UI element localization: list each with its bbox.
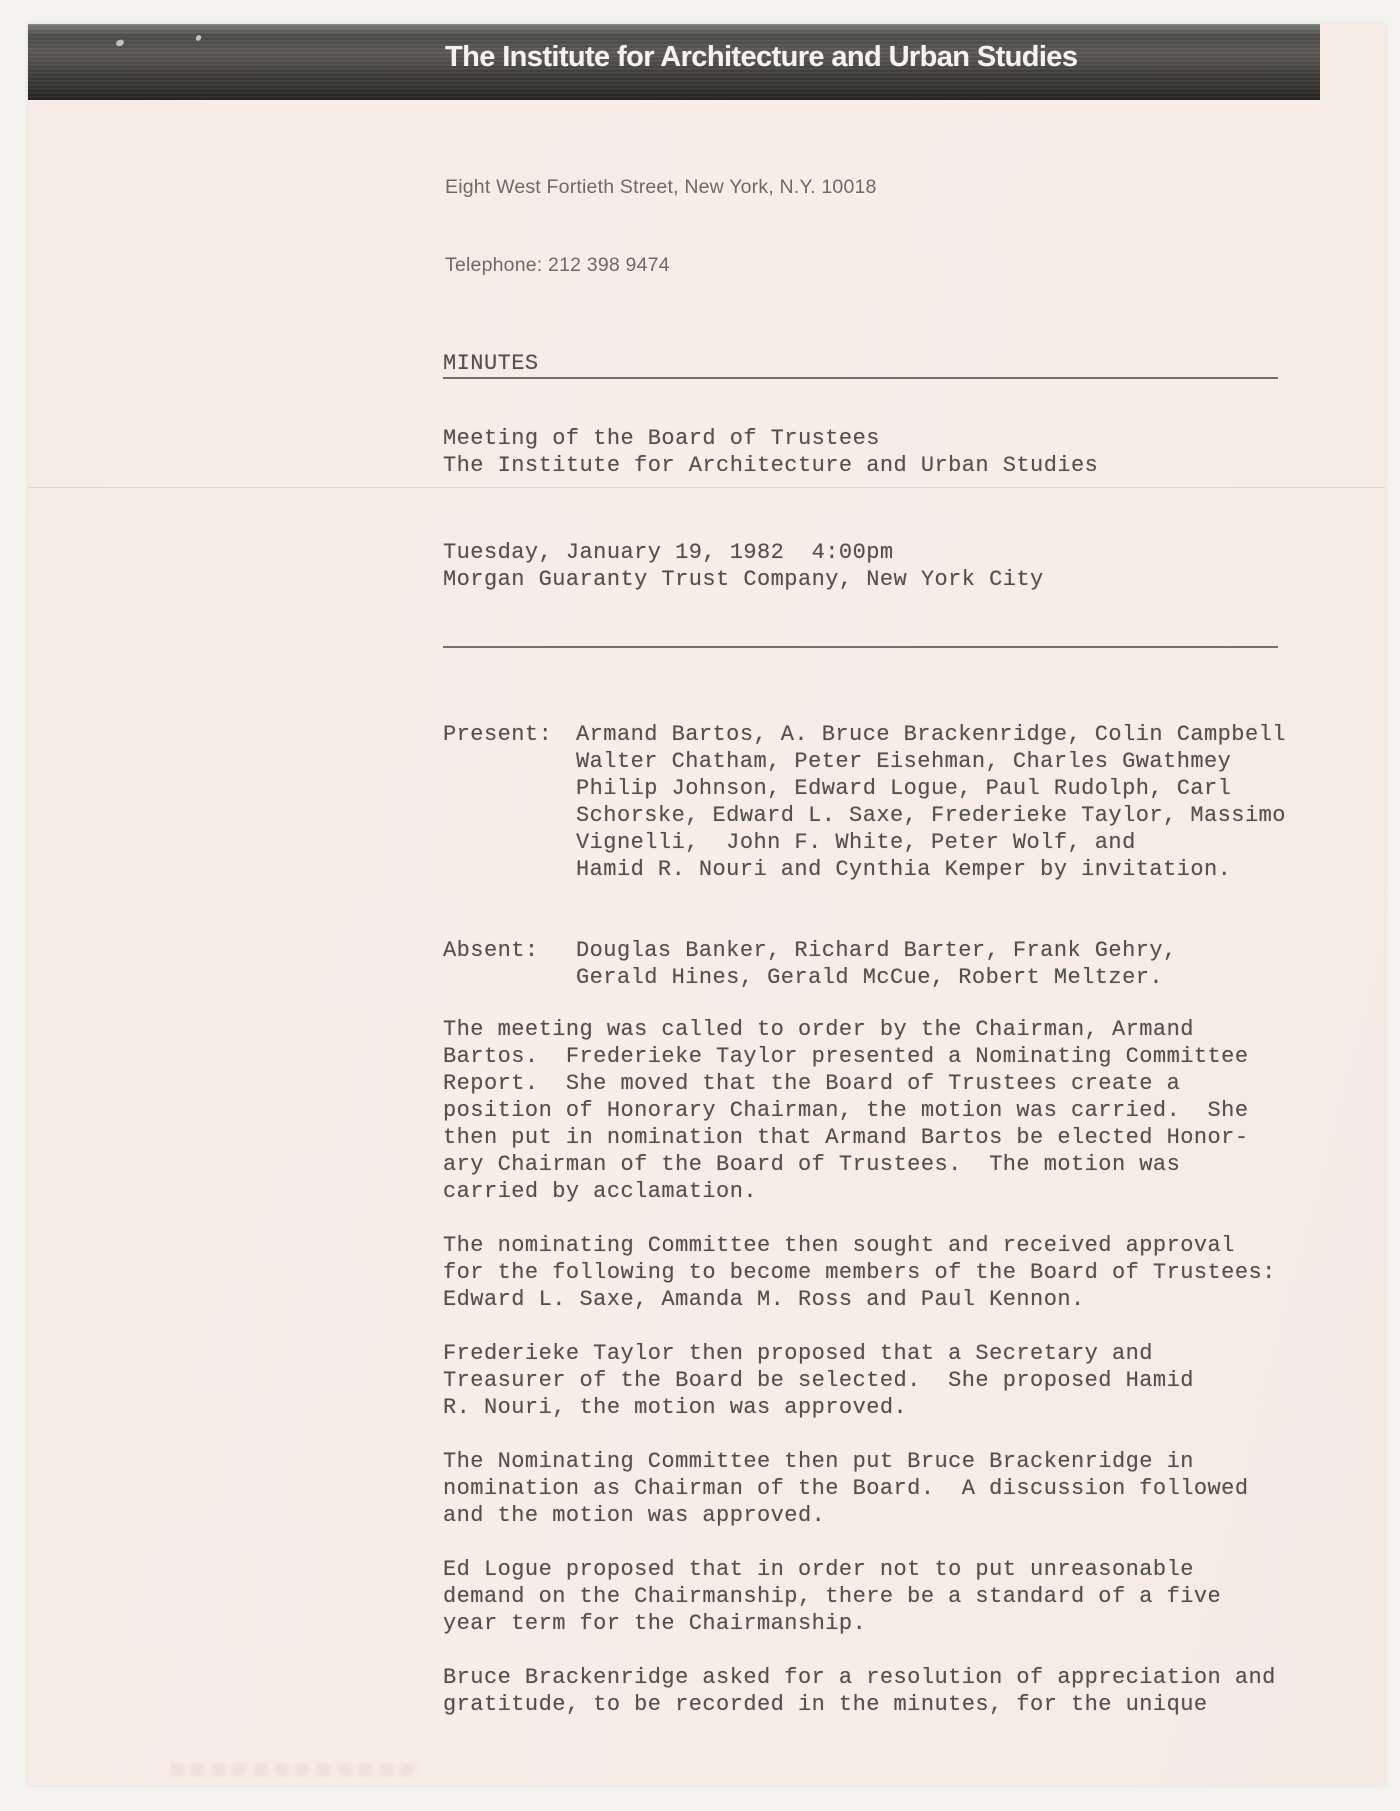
attendance-present: Present: Armand Bartos, A. Bruce Bracken… xyxy=(443,721,1286,883)
minutes-heading: MINUTES xyxy=(443,350,539,377)
attendance-absent: Absent: Douglas Banker, Richard Barter, … xyxy=(443,937,1177,991)
address-line-telephone: Telephone: 212 398 9474 xyxy=(445,252,877,278)
body-paragraph: Bruce Brackenridge asked for a resolutio… xyxy=(443,1664,1276,1718)
body-paragraph: The meeting was called to order by the C… xyxy=(443,1016,1248,1205)
present-label: Present: xyxy=(443,721,552,748)
scan-crease-line xyxy=(28,487,1385,488)
body-paragraph: The Nominating Committee then put Bruce … xyxy=(443,1448,1248,1529)
body-paragraph: Ed Logue proposed that in order not to p… xyxy=(443,1556,1221,1637)
dust-speck xyxy=(115,39,124,47)
body-paragraph: Frederieke Taylor then proposed that a S… xyxy=(443,1340,1194,1421)
absent-label: Absent: xyxy=(443,937,539,964)
letterhead-address: Eight West Fortieth Street, New York, N.… xyxy=(445,122,877,330)
letterhead-banner: The Institute for Architecture and Urban… xyxy=(28,24,1320,100)
scanned-page: The Institute for Architecture and Urban… xyxy=(0,0,1400,1811)
meeting-datetime-location: Tuesday, January 19, 1982 4:00pm Morgan … xyxy=(443,539,1044,593)
bleed-through-artifact xyxy=(170,1763,420,1777)
letter-paper: The Institute for Architecture and Urban… xyxy=(28,24,1385,1785)
body-paragraph: The nominating Committee then sought and… xyxy=(443,1232,1276,1313)
present-names: Armand Bartos, A. Bruce Brackenridge, Co… xyxy=(576,721,1286,883)
dust-speck xyxy=(195,34,202,42)
absent-names: Douglas Banker, Richard Barter, Frank Ge… xyxy=(576,937,1177,991)
separator-line xyxy=(443,646,1278,648)
heading-underline xyxy=(443,377,1278,379)
address-line-street: Eight West Fortieth Street, New York, N.… xyxy=(445,174,877,200)
org-name: The Institute for Architecture and Urban… xyxy=(445,40,1077,74)
meeting-title: Meeting of the Board of Trustees The Ins… xyxy=(443,425,1098,479)
